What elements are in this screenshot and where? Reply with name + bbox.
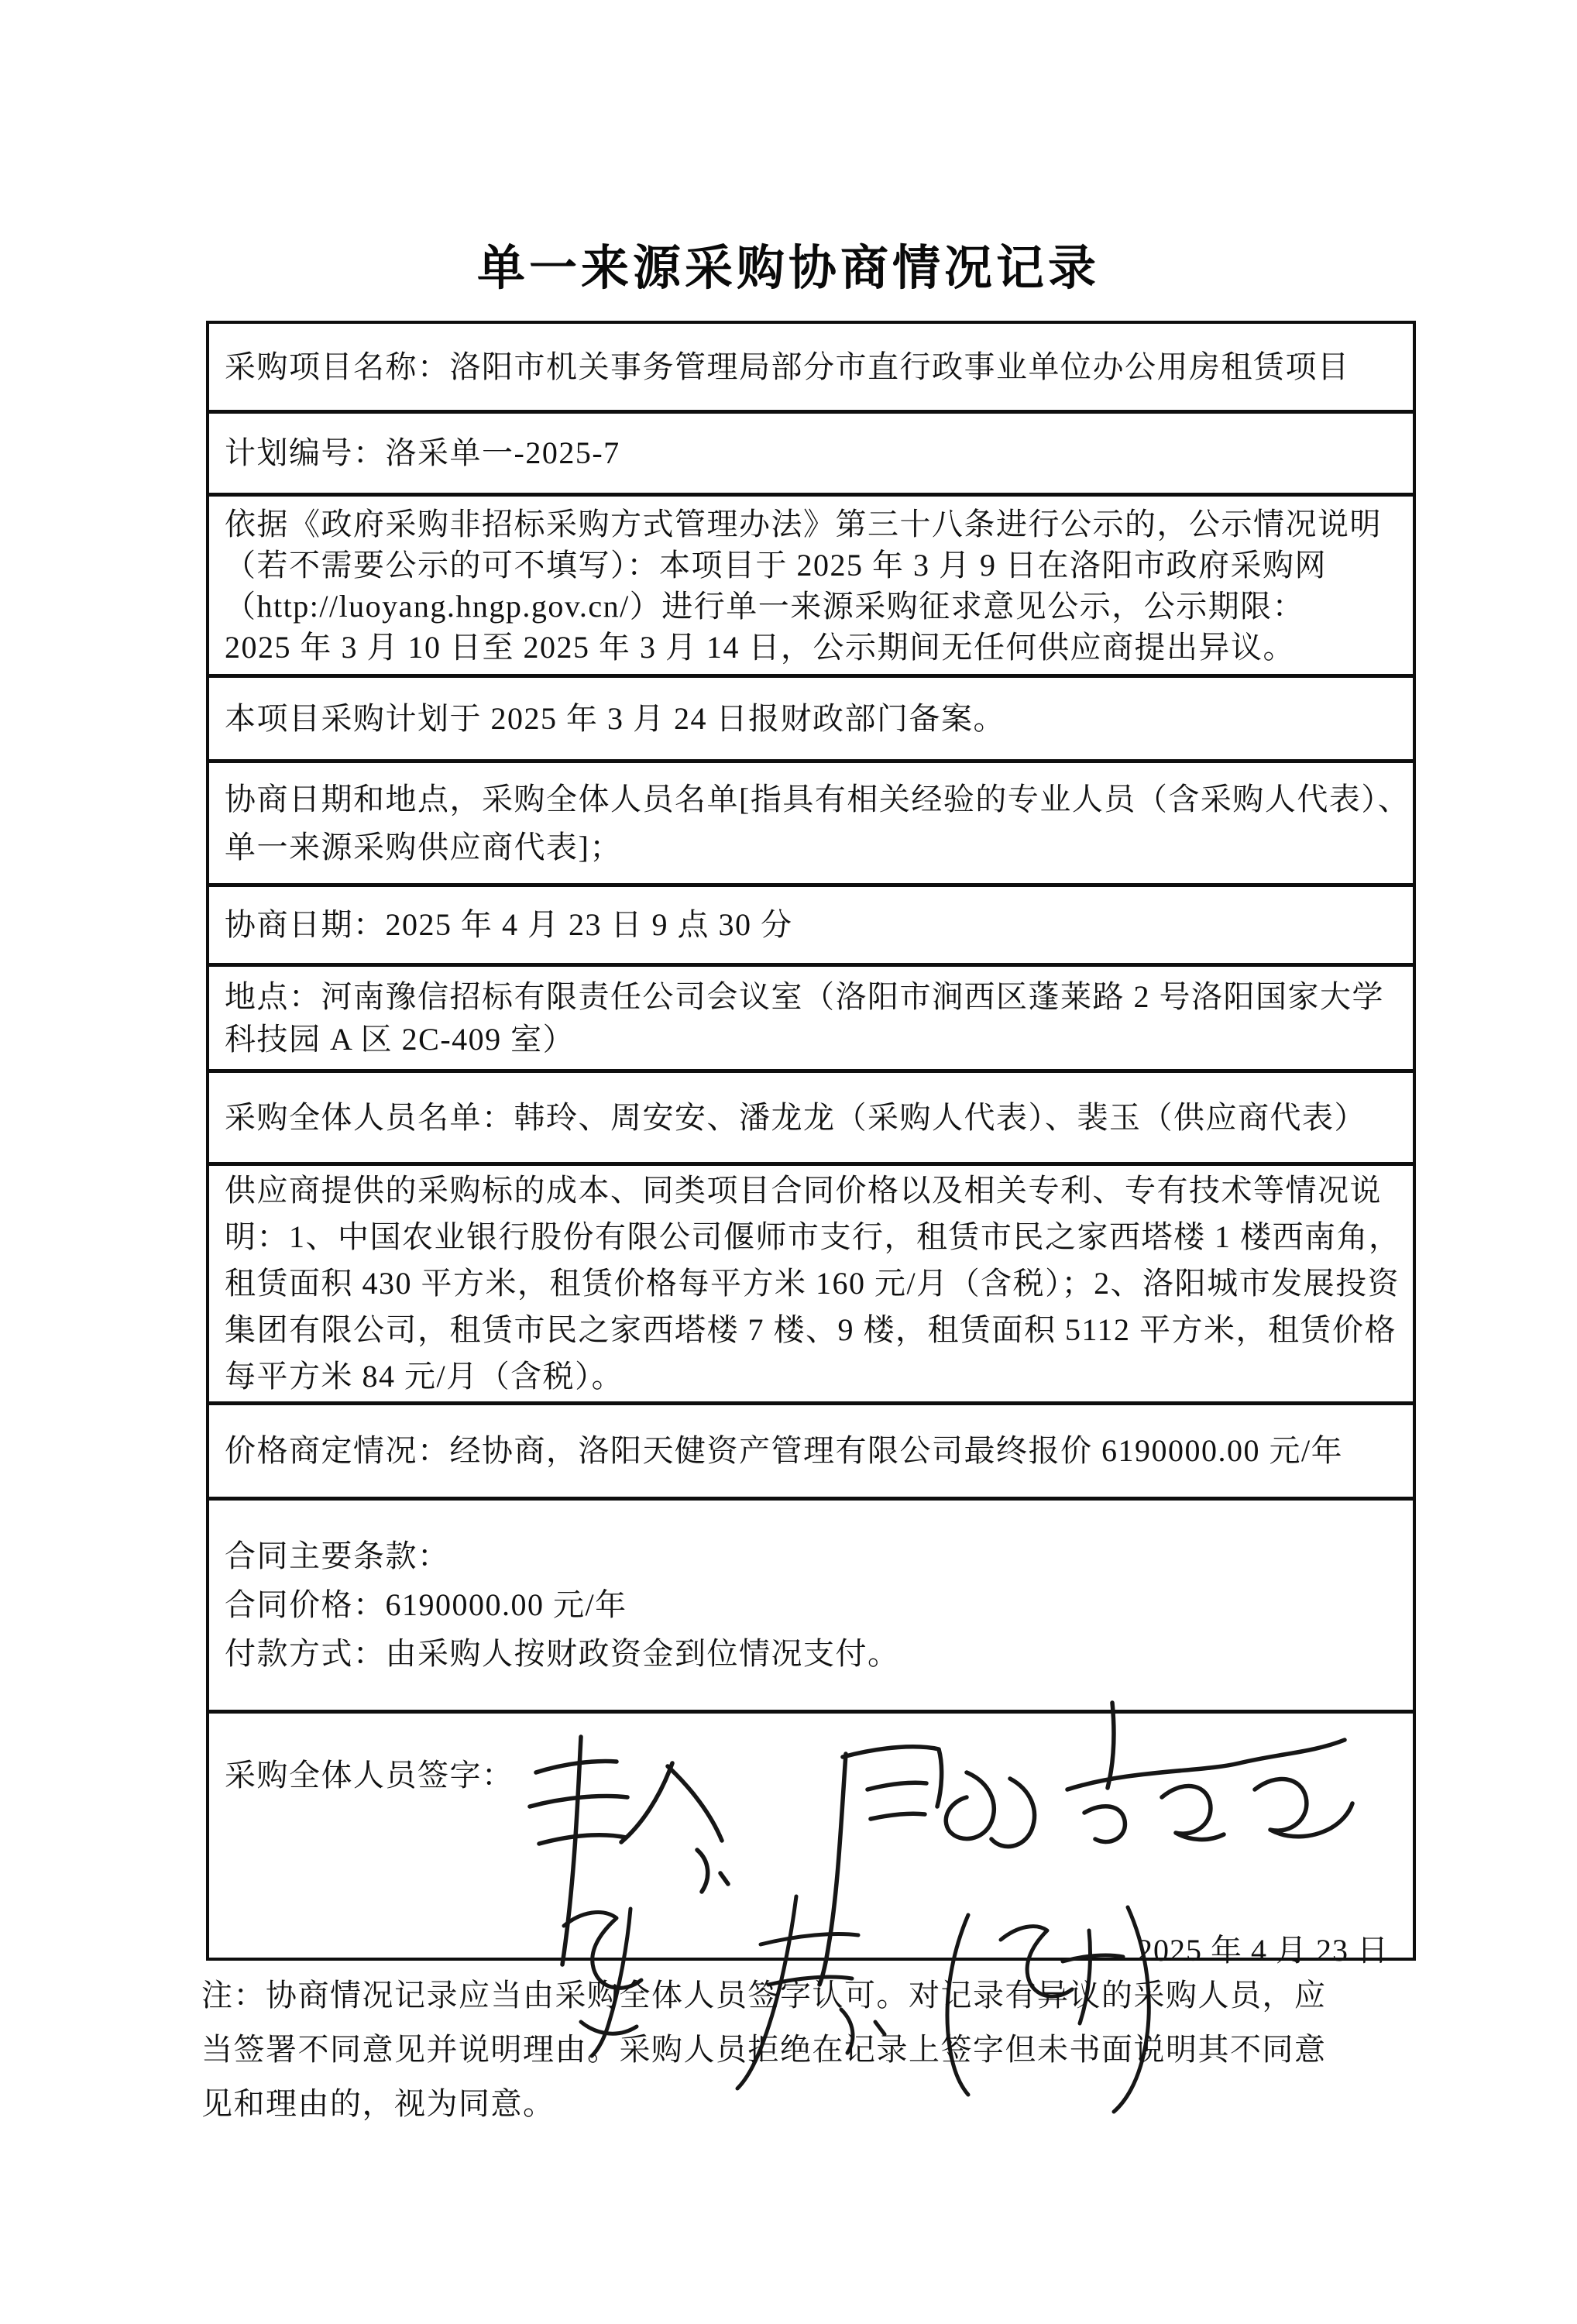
text-line: 集团有限公司，租赁市民之家西塔楼 7 楼、9 楼，租赁面积 5112 平方米，租… (225, 1307, 1391, 1353)
text-line: （http://luoyang.hngp.gov.cn/）进行单一来源采购征求意… (225, 586, 1391, 627)
row-supplier-cost-info: 供应商提供的采购标的成本、同类项目合同价格以及相关专利、专有技术等情况说 明：1… (209, 1166, 1413, 1405)
signature-section-label: 采购全体人员签字： (225, 1755, 1391, 1796)
row-personnel-list: 采购全体人员名单：韩玲、周安安、潘龙龙（采购人代表）、裴玉（供应商代表） (209, 1073, 1413, 1166)
text-line: 每平方米 84 元/月（含税）。 (225, 1353, 1391, 1400)
row-negotiation-date: 协商日期：2025 年 4 月 23 日 9 点 30 分 (209, 887, 1413, 967)
text-line: 付款方式：由采购人按财政资金到位情况支付。 (225, 1629, 1391, 1678)
row-project-name: 采购项目名称：洛阳市机关事务管理局部分市直行政事业单位办公用房租赁项目 (209, 324, 1413, 414)
row-signatures: 采购全体人员签字： (209, 1714, 1413, 1958)
document-page: 单一来源采购协商情况记录 采购项目名称：洛阳市机关事务管理局部分市直行政事业单位… (0, 0, 1577, 2324)
text-line: 2025 年 3 月 10 日至 2025 年 3 月 14 日，公示期间无任何… (225, 627, 1391, 668)
text-line: 地点：河南豫信招标有限责任公司会议室（洛阳市涧西区蓬莱路 2 号洛阳国家大学 (225, 975, 1391, 1018)
text-line: 采购项目名称：洛阳市机关事务管理局部分市直行政事业单位办公用房租赁项目 (225, 347, 1391, 387)
text-line: 价格商定情况：经协商，洛阳天健资产管理有限公司最终报价 6190000.00 元… (225, 1431, 1391, 1471)
text-line: 租赁面积 430 平方米，租赁价格每平方米 160 元/月（含税）；2、洛阳城市… (225, 1260, 1391, 1307)
text-line: 合同主要条款： (225, 1532, 1391, 1580)
text-line: 计划编号：洛采单一-2025-7 (225, 433, 1391, 473)
text-line: 当签署不同意见并说明理由。采购人员拒绝在记录上签字但未书面说明其不同意 (201, 2028, 1425, 2082)
row-publicity-statement: 依据《政府采购非招标采购方式管理办法》第三十八条进行公示的，公示情况说明 （若不… (209, 497, 1413, 678)
text-line: 协商日期：2025 年 4 月 23 日 9 点 30 分 (225, 905, 1391, 945)
signature-date: 2025 年 4 月 23 日 (1137, 1926, 1389, 1970)
footer-note: 注：协商情况记录应当由采购全体人员签字认可。对记录有异议的采购人员，应 当签署不… (201, 1974, 1425, 2137)
text-line: 采购全体人员名单：韩玲、周安安、潘龙龙（采购人代表）、裴玉（供应商代表） (225, 1098, 1391, 1138)
row-plan-number: 计划编号：洛采单一-2025-7 (209, 414, 1413, 497)
text-line: 见和理由的，视为同意。 (201, 2082, 1425, 2137)
document-title: 单一来源采购协商情况记录 (0, 229, 1577, 298)
row-negotiation-header: 协商日期和地点，采购全体人员名单[指具有相关经验的专业人员（含采购人代表）、 单… (209, 763, 1413, 887)
text-line: 科技园 A 区 2C-409 室） (225, 1018, 1391, 1061)
text-line: 依据《政府采购非招标采购方式管理办法》第三十八条进行公示的，公示情况说明 (225, 504, 1391, 545)
text-line: 供应商提供的采购标的成本、同类项目合同价格以及相关专利、专有技术等情况说 (225, 1167, 1391, 1214)
row-negotiation-place: 地点：河南豫信招标有限责任公司会议室（洛阳市涧西区蓬莱路 2 号洛阳国家大学 科… (209, 967, 1413, 1073)
text-line: 注：协商情况记录应当由采购全体人员签字认可。对记录有异议的采购人员，应 (201, 1974, 1425, 2028)
text-line: 本项目采购计划于 2025 年 3 月 24 日报财政部门备案。 (225, 699, 1391, 739)
text-line: 合同价格：6190000.00 元/年 (225, 1580, 1391, 1629)
row-price-agreement: 价格商定情况：经协商，洛阳天健资产管理有限公司最终报价 6190000.00 元… (209, 1405, 1413, 1501)
record-table: 采购项目名称：洛阳市机关事务管理局部分市直行政事业单位办公用房租赁项目 计划编号… (206, 321, 1416, 1961)
text-line: 协商日期和地点，采购全体人员名单[指具有相关经验的专业人员（含采购人代表）、 (225, 775, 1391, 823)
text-line: （若不需要公示的可不填写）：本项目于 2025 年 3 月 9 日在洛阳市政府采… (225, 545, 1391, 586)
text-line: 单一来源采购供应商代表]； (225, 823, 1391, 871)
text-line: 明：1、中国农业银行股份有限公司偃师市支行，租赁市民之家西塔楼 1 楼西南角， (225, 1214, 1391, 1260)
row-filing-plan: 本项目采购计划于 2025 年 3 月 24 日报财政部门备案。 (209, 678, 1413, 763)
row-contract-terms: 合同主要条款： 合同价格：6190000.00 元/年 付款方式：由采购人按财政… (209, 1501, 1413, 1714)
